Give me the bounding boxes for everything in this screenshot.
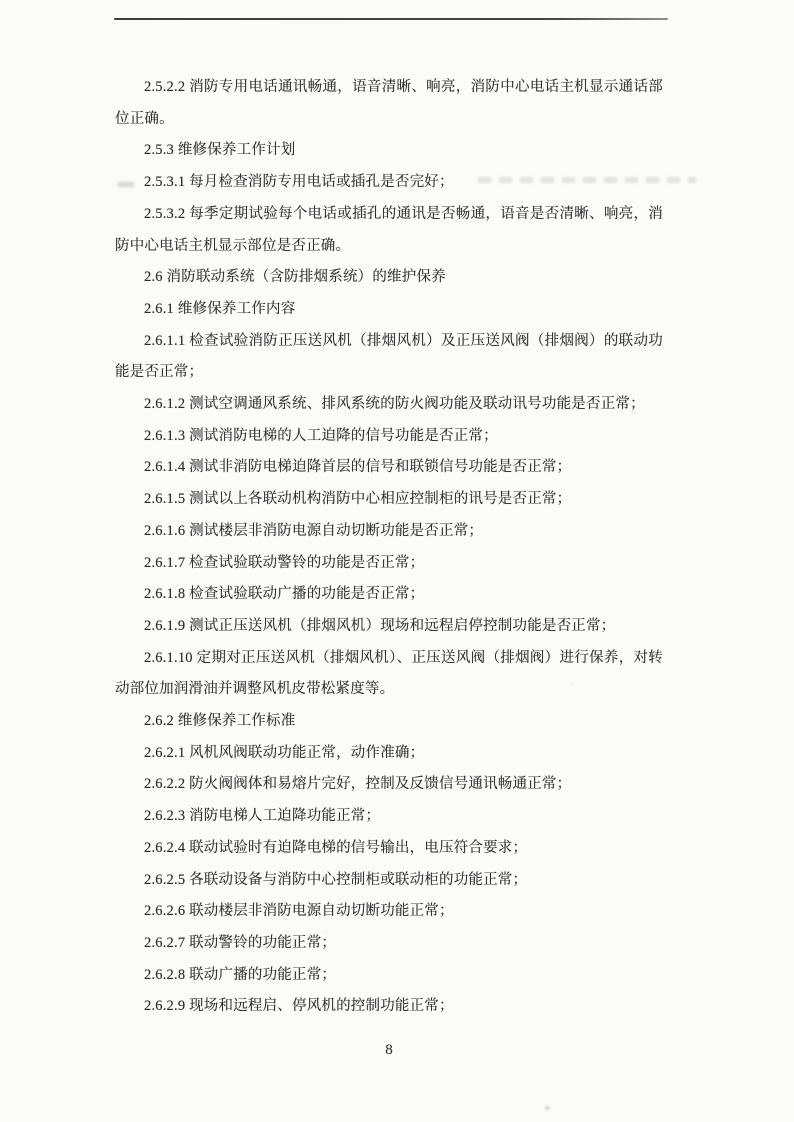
document-paragraph: 2.6.1.4 测试非消防电梯迫降首层的信号和联锁信号功能是否正常；: [115, 452, 663, 484]
scan-artifact: [545, 1106, 550, 1110]
document-paragraph: 2.5.2.2 消防专用电话通讯畅通，语音清晰、响亮，消防中心电话主机显示通话部…: [115, 72, 663, 135]
header-rule: [114, 18, 668, 20]
document-paragraph: 2.6.2.1 风机风阀联动功能正常，动作准确；: [115, 738, 663, 770]
document-paragraph: 2.6.2.4 联动试验时有迫降电梯的信号输出，电压符合要求；: [115, 833, 663, 865]
section-heading: 2.6.1 维修保养工作内容: [115, 294, 663, 326]
document-paragraph: 2.6.2.3 消防电梯人工迫降功能正常；: [115, 801, 663, 833]
document-paragraph: 2.6.1.6 测试楼层非消防电源自动切断功能是否正常；: [115, 516, 663, 548]
document-paragraph: 2.5.3.1 每月检查消防专用电话或插孔是否完好；: [115, 167, 663, 199]
section-heading: 2.6.2 维修保养工作标准: [115, 706, 663, 738]
document-paragraph: 2.6.1.2 测试空调通风系统、排风系统的防火阀功能及联动讯号功能是否正常；: [115, 389, 663, 421]
document-paragraph: 2.6.1.8 检查试验联动广播的功能是否正常；: [115, 579, 663, 611]
section-heading: 2.6 消防联动系统（含防排烟系统）的维护保养: [115, 262, 663, 294]
document-paragraph: 2.6.1.1 检查试验消防正压送风机（排烟风机）及正压送风阀（排烟阀）的联动功…: [115, 326, 663, 389]
page-number: 8: [115, 1042, 663, 1059]
document-paragraph: 2.6.1.10 定期对正压送风机（排烟风机）、正压送风阀（排烟阀）进行保养，对…: [115, 643, 663, 706]
document-paragraph: 2.6.1.7 检查试验联动警铃的功能是否正常；: [115, 548, 663, 580]
document-paragraph: 2.6.1.3 测试消防电梯的人工迫降的信号功能是否正常；: [115, 421, 663, 453]
document-paragraph: 2.6.2.8 联动广播的功能正常；: [115, 960, 663, 992]
document-paragraph: 2.6.2.9 现场和远程启、停风机的控制功能正常；: [115, 991, 663, 1023]
document-paragraph: 2.6.1.9 测试正压送风机（排烟风机）现场和远程启停控制功能是否正常；: [115, 611, 663, 643]
document-paragraph: 2.6.1.5 测试以上各联动机构消防中心相应控制柜的讯号是否正常；: [115, 484, 663, 516]
document-body: 2.5.2.2 消防专用电话通讯畅通，语音清晰、响亮，消防中心电话主机显示通话部…: [115, 72, 663, 1023]
document-paragraph: 2.6.2.5 各联动设备与消防中心控制柜或联动柜的功能正常；: [115, 865, 663, 897]
document-paragraph: 2.6.2.6 联动楼层非消防电源自动切断功能正常；: [115, 896, 663, 928]
scanned-document-page: 2.5.2.2 消防专用电话通讯畅通，语音清晰、响亮，消防中心电话主机显示通话部…: [0, 0, 794, 1122]
section-heading: 2.5.3 维修保养工作计划: [115, 135, 663, 167]
document-paragraph: 2.5.3.2 每季定期试验每个电话或插孔的通讯是否畅通，语音是否清晰、响亮，消…: [115, 199, 663, 262]
document-paragraph: 2.6.2.2 防火阀阀体和易熔片完好，控制及反馈信号通讯畅通正常；: [115, 769, 663, 801]
document-paragraph: 2.6.2.7 联动警铃的功能正常；: [115, 928, 663, 960]
